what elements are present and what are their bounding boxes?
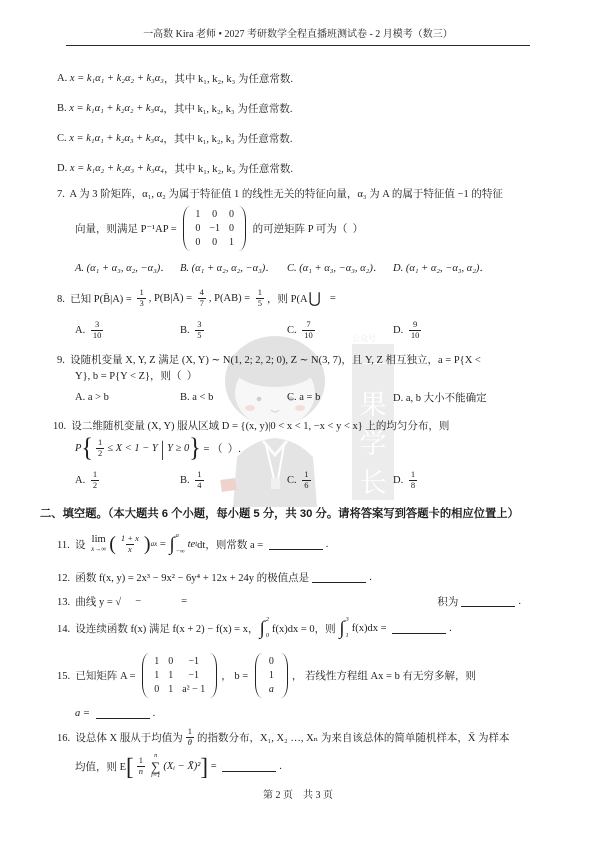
matrix-cell: −1 bbox=[188, 670, 199, 681]
question-8-options: A. 310 B. 35 C. 710 D. 910 bbox=[57, 315, 521, 345]
matrix-cell: 0 bbox=[229, 223, 234, 234]
q10-option-c: C. 16 bbox=[287, 465, 314, 495]
fraction: 15 bbox=[256, 288, 264, 309]
option-tail: ，其中 k₁, k₂, k₃ 为任意常数. bbox=[164, 161, 293, 176]
q10-option-d: D. 18 bbox=[393, 465, 420, 495]
answer-blank bbox=[222, 760, 276, 772]
question-text: 11. 设 bbox=[57, 537, 88, 552]
math-text: dt，则常数 a = bbox=[197, 537, 266, 552]
fraction: 1n bbox=[137, 756, 145, 777]
question-text: 9. 设随机变量 X, Y, Z 满足 (X, Y) ∼ N(1, 2; 2, … bbox=[57, 352, 481, 367]
answer-blank bbox=[96, 707, 150, 719]
matrix-cell: a² − 1 bbox=[182, 684, 205, 695]
matrix-cell: 0 bbox=[195, 237, 200, 248]
fraction: 47 bbox=[198, 288, 206, 309]
option-formula: x = k₁α₁ + k₂α₃ + k₃α₄ bbox=[69, 133, 163, 144]
fraction: 35 bbox=[195, 320, 203, 341]
math-text: ， b = bbox=[221, 668, 251, 683]
page-content: A. x = k₁α₁ + k₂α₂ + k₃α₃，其中 k₁, k₂, k₃ … bbox=[57, 57, 521, 783]
q10-option-b: B. 14 bbox=[180, 465, 207, 495]
question-8-stem: 8. 已知 P(B̄|A) = 13 , P(B|Ā) = 47 , P(AB… bbox=[57, 283, 521, 313]
question-7-options: A. (α₁ + α₃, α₂, −α₃)． B. (α₁ + α₂, α₂, … bbox=[57, 259, 521, 275]
matrix-cell: 1 bbox=[154, 656, 159, 667]
question-9-line-1: 9. 设随机变量 X, Y, Z 满足 (X, Y) ∼ N(1, 2; 2, … bbox=[57, 351, 521, 367]
q10-option-a: A. 12 bbox=[75, 465, 102, 495]
question-10-line-2: P { 12 ≤ X < 1 − Y | Y ≥ 0 } = （ ）. bbox=[57, 433, 521, 463]
integral-lower: 1 bbox=[345, 633, 348, 640]
question-text: 14. 设连续函数 f(x) 满足 f(x + 2) − f(x) = x， bbox=[57, 621, 258, 636]
question-text: 10. 设二维随机变量 (X, Y) 服从区域 D = {(x, y)|0 < … bbox=[53, 418, 449, 433]
question-12: 12. 函数 f(x, y) = 2x³ − 9x² − 6y⁴ + 12x +… bbox=[57, 569, 521, 585]
question-9-options: A. a > b B. a < b C. a = b D. a, b 大小不能确… bbox=[57, 389, 521, 405]
option-label: D. bbox=[57, 163, 70, 174]
question-text: 12. 函数 f(x, y) = 2x³ − 9x² − 6y⁴ + 12x +… bbox=[57, 570, 309, 585]
question-10-options: A. 12 B. 14 C. 16 D. 18 bbox=[57, 465, 521, 495]
q8-option-b: B. 35 bbox=[180, 315, 207, 345]
math-text: (Xᵢ − X̄)² bbox=[163, 761, 200, 772]
option-tail: ，其中 k₁, k₂, k₃ 为任意常数. bbox=[163, 131, 292, 146]
fraction: 12 bbox=[91, 470, 99, 491]
matrix-cell: 0 bbox=[168, 656, 173, 667]
exam-page: 公众号 一 果 学 长 一高数 Kira 老师 • 2027 考研数学全程直播班… bbox=[0, 0, 596, 842]
q7-matrix: 100 0−10 001 bbox=[183, 206, 246, 251]
question-text: ，则 P(A bbox=[267, 291, 308, 306]
matrix-cell: 1 bbox=[168, 670, 173, 681]
q7-option-a: A. (α₁ + α₃, α₂, −α₃)． bbox=[75, 259, 171, 275]
question-14: 14. 设连续函数 f(x) 满足 f(x + 2) − f(x) = x， ∫… bbox=[57, 615, 521, 641]
matrix-paren-right bbox=[210, 653, 217, 698]
math-text: ≤ X < 1 − Y bbox=[107, 443, 158, 454]
matrix-cell: 0 bbox=[195, 223, 200, 234]
answer-blank bbox=[392, 622, 446, 634]
question-16-line-2: 均值，则 E [ 1n n∑i=1 (Xᵢ − X̄)² ] = . bbox=[57, 749, 521, 783]
integral-upper: 2 bbox=[266, 617, 269, 624]
question-text: 向量，则满足 P⁻¹AP = bbox=[75, 221, 179, 236]
union-symbol: ⋃ bbox=[309, 289, 321, 307]
q15-matrix-A: 10−1 11−1 01a² − 1 bbox=[142, 653, 217, 698]
q7-option-b: B. (α₁ + α₂, α₂, −α₃)． bbox=[180, 259, 276, 275]
answer-blank bbox=[461, 595, 515, 607]
math-text: te bbox=[188, 539, 196, 550]
matrix-paren-right bbox=[239, 206, 246, 251]
question-text: Y}, b = P{Y < Z}，则（ ） bbox=[75, 368, 197, 383]
page-title: 一高数 Kira 老师 • 2027 考研数学全程直播班测试卷 - 2 月模考（… bbox=[0, 25, 596, 40]
question-text: 均值，则 E bbox=[75, 759, 126, 774]
matrix-cell: 0 bbox=[154, 684, 159, 695]
option-formula: x = k₁α₁ + k₂α₂ + k₃α₄ bbox=[69, 103, 163, 114]
fraction: 16 bbox=[302, 470, 310, 491]
fraction: 910 bbox=[409, 320, 422, 341]
math-text: Y ≥ 0 bbox=[167, 443, 189, 454]
answer-blank bbox=[269, 538, 323, 550]
question-text: 7. A 为 3 阶矩阵，α₁, α₂ 为属于特征值 1 的线性无关的特征向量，… bbox=[57, 186, 503, 201]
matrix-paren-right bbox=[281, 653, 288, 698]
q9-option-b: B. a < b bbox=[180, 389, 213, 405]
matrix-paren-left bbox=[255, 653, 262, 698]
fraction: 1θ bbox=[186, 727, 194, 748]
vector-cell: 0 bbox=[269, 656, 274, 667]
question-15-line-1: 15. 已知矩阵 A = 10−1 11−1 01a² − 1 ， b = 0 … bbox=[57, 647, 521, 703]
option-formula: x = k₁α₂ + k₂α₃ + k₃α₄ bbox=[70, 163, 164, 174]
exponent: ax bbox=[151, 540, 158, 548]
question-text: , P(AB) = bbox=[209, 293, 253, 304]
integral: ∫ 31 bbox=[339, 616, 350, 641]
matrix-cell: 0 bbox=[212, 209, 217, 220]
question-text: , P(B|Ā) = bbox=[149, 293, 195, 304]
q9-option-d: D. a, b 大小不能确定 bbox=[393, 389, 487, 405]
option-label: A. bbox=[57, 73, 70, 84]
vector-cell: 1 bbox=[269, 670, 274, 681]
q15-vector-b: 0 1 a bbox=[255, 653, 288, 698]
math-text: = bbox=[208, 761, 219, 772]
q8-option-c: C. 710 bbox=[287, 315, 318, 345]
header-rule bbox=[66, 45, 530, 46]
question-10-line-1: 10. 设二维随机变量 (X, Y) 服从区域 D = {(x, y)|0 < … bbox=[53, 417, 521, 433]
integral: ∫ a−∞ bbox=[169, 532, 186, 557]
matrix-cell: 1 bbox=[195, 209, 200, 220]
q8-option-d: D. 910 bbox=[393, 315, 424, 345]
q6-option-a: A. x = k₁α₁ + k₂α₂ + k₃α₃，其中 k₁, k₂, k₃ … bbox=[57, 63, 521, 93]
question-11: 11. 设 limx→∞ ( 1 + xx ) ax = ∫ a−∞ tetdt… bbox=[57, 527, 521, 561]
integral-upper: 3 bbox=[345, 617, 348, 624]
right-bracket: ] bbox=[200, 754, 208, 778]
fraction: 14 bbox=[195, 470, 203, 491]
matrix-cell: 1 bbox=[154, 670, 159, 681]
fraction: 13 bbox=[137, 288, 145, 309]
right-brace: } bbox=[189, 435, 201, 462]
matrix-cell: 1 bbox=[229, 237, 234, 248]
right-paren: ) bbox=[144, 534, 151, 554]
math-text: f(x)dx = 0，则 bbox=[272, 621, 338, 636]
option-tail: ，其中 k₁, k₂, k₃ 为任意常数. bbox=[164, 71, 293, 86]
left-brace: { bbox=[81, 435, 93, 462]
fraction: 18 bbox=[409, 470, 417, 491]
question-text: 的可逆矩阵 P 可为（ ） bbox=[250, 221, 363, 236]
answer-blank bbox=[312, 571, 366, 583]
fraction: 12 bbox=[96, 438, 104, 459]
matrix-cell: 0 bbox=[229, 209, 234, 220]
section-2-title: 二、填空题。（本大题共 6 个小题，每小题 5 分，共 30 分。请将答案写到答… bbox=[40, 505, 521, 521]
question-7-line-1: 7. A 为 3 阶矩阵，α₁, α₂ 为属于特征值 1 的线性无关的特征向量，… bbox=[57, 185, 521, 201]
q7-option-c: C. (α₁ + α₃, −α₃, α₂)． bbox=[287, 259, 383, 275]
left-bracket: [ bbox=[126, 754, 134, 778]
fraction: 1 + xx bbox=[119, 534, 141, 555]
question-text: 积为 bbox=[437, 594, 458, 609]
summation: n∑i=1 bbox=[151, 753, 160, 779]
page-header: 一高数 Kira 老师 • 2027 考研数学全程直播班测试卷 - 2 月模考（… bbox=[0, 0, 596, 46]
matrix-paren-left bbox=[183, 206, 190, 251]
q8-option-a: A. 310 bbox=[75, 315, 106, 345]
math-symbol: = bbox=[181, 596, 187, 607]
limit: limx→∞ bbox=[91, 535, 106, 554]
math-text: f(x)dx = bbox=[352, 623, 389, 634]
math-text: = bbox=[157, 539, 168, 550]
question-15-line-2: a = . bbox=[57, 705, 521, 721]
math-text: = （ ）. bbox=[201, 441, 241, 456]
fraction: 310 bbox=[91, 320, 104, 341]
conditional-bar: | bbox=[161, 437, 164, 458]
q9-option-c: C. a = b bbox=[287, 389, 320, 405]
option-tail: ，其中 k₁, k₂, k₃ 为任意常数. bbox=[163, 101, 292, 116]
question-text: 15. 已知矩阵 A = bbox=[57, 668, 138, 683]
q7-option-d: D. (α₁ + α₂, −α₃, α₂)． bbox=[393, 259, 490, 275]
q6-option-b: B. x = k₁α₁ + k₂α₂ + k₃α₄，其中 k₁, k₂, k₃ … bbox=[57, 93, 521, 123]
matrix-paren-left bbox=[142, 653, 149, 698]
integral: ∫ 20 bbox=[259, 616, 270, 641]
q6-option-c: C. x = k₁α₁ + k₂α₃ + k₃α₄，其中 k₁, k₂, k₃ … bbox=[57, 123, 521, 153]
q6-option-d: D. x = k₁α₂ + k₂α₃ + k₃α₄，其中 k₁, k₂, k₃ … bbox=[57, 153, 521, 183]
question-text: 13. 曲线 y = √ bbox=[57, 594, 121, 609]
matrix-cell: −1 bbox=[188, 656, 199, 667]
question-7-line-2: 向量，则满足 P⁻¹AP = 100 0−10 001 的可逆矩阵 P 可为（ … bbox=[57, 201, 521, 255]
integral-upper: a bbox=[176, 533, 185, 540]
q9-option-a: A. a > b bbox=[75, 389, 109, 405]
question-text: 的指数分布，X₁, X₂ …, Xₙ 为来自该总体的简单随机样本，X̄ 为样本 bbox=[197, 730, 510, 745]
integral-lower: −∞ bbox=[176, 549, 185, 556]
math-text: a = bbox=[75, 708, 93, 719]
question-text: = bbox=[330, 293, 336, 304]
option-label: B. bbox=[57, 103, 69, 114]
left-paren: ( bbox=[109, 534, 116, 554]
question-text: ， 若线性方程组 Ax = b 有无穷多解，则 bbox=[292, 668, 476, 683]
question-16-line-1: 16. 设总体 X 服从于均值为 1θ 的指数分布，X₁, X₂ …, Xₙ 为… bbox=[57, 725, 521, 749]
question-text: 16. 设总体 X 服从于均值为 bbox=[57, 730, 183, 745]
matrix-cell: 1 bbox=[168, 684, 173, 695]
option-formula: x = k₁α₁ + k₂α₂ + k₃α₃ bbox=[70, 73, 164, 84]
page-footer: 第 2 页 共 3 页 bbox=[0, 786, 596, 801]
integral-lower: 0 bbox=[266, 633, 269, 640]
question-9-line-2: Y}, b = P{Y < Z}，则（ ） bbox=[57, 367, 521, 383]
matrix-cell: −1 bbox=[209, 223, 220, 234]
question-13: 13. 曲线 y = √ − = 积为 . bbox=[57, 593, 521, 609]
math-symbol: − bbox=[135, 596, 141, 607]
matrix-cell: 0 bbox=[212, 237, 217, 248]
vector-cell: a bbox=[269, 684, 274, 695]
option-label: C. bbox=[57, 133, 69, 144]
fraction: 710 bbox=[302, 320, 315, 341]
